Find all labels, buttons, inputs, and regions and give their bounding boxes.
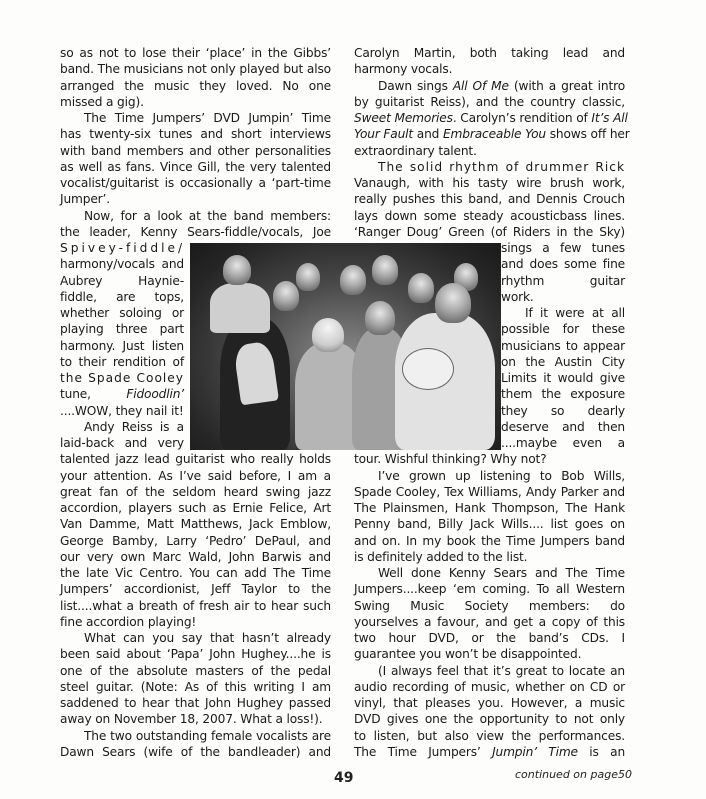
text-line: ....WOW, they nail it! [60, 403, 184, 419]
text-line: The Time Jumpers’ Jumpin’ Time is an [354, 744, 625, 760]
text-line: vinyl, that pleases you. However, a musi… [354, 695, 625, 711]
text-line: Penny band, Billy Jack Wills.... list go… [354, 516, 625, 532]
text-line: tune, Fidoodlin’ [60, 386, 184, 402]
text-line: really pushes this band, and Dennis Crou… [354, 191, 625, 207]
text-line: audio recording of music, whether on CD … [354, 679, 625, 695]
photo-figure [340, 265, 366, 295]
text-line: the leader, Kenny Sears-fiddle/vocals, J… [60, 224, 331, 240]
photo-figure [312, 318, 344, 352]
paragraph-start: The Time Jumpers’ DVD Jumpin’ Time [60, 110, 331, 126]
text-line: whether soloing or [60, 305, 184, 321]
photo-figure [435, 283, 471, 323]
dvd-title: Jumpin’ Time [492, 745, 578, 759]
song-title: Embraceable You [443, 127, 546, 141]
photo-figure [408, 273, 434, 303]
text-line: with band members and other personalitie… [60, 143, 331, 159]
text-line: deserve and then [501, 419, 625, 435]
text-line: vocalist/guitarist is occasionally a ‘pa… [60, 175, 331, 191]
paragraph-start: Well done Kenny Sears and The Time [354, 565, 625, 581]
text-line: harmony. Just listen [60, 338, 184, 354]
magazine-page: so as not to lose their ‘place’ in the G… [0, 0, 706, 799]
photo-figure [296, 263, 320, 291]
text-line: been said about ‘Papa’ John Hughey....he… [60, 646, 331, 662]
text-line: steel guitar. (Note: As of this writing … [60, 679, 331, 695]
text-line: rhythm guitar [501, 273, 625, 289]
continued-note: continued on page50 [515, 768, 632, 781]
text-line: and on. In my book the Time Jumpers band [354, 533, 625, 549]
page-number: 49 [334, 770, 353, 786]
text-line: one of the absolute masters of the pedal [60, 663, 331, 679]
text-line: to listen, but also view the performance… [354, 728, 625, 744]
text-line: talented jazz lead guitarist who really … [60, 451, 331, 467]
text-line: DVD gives one the opportunity to not onl… [354, 711, 625, 727]
text-line: by guitarist Reiss), and the country cla… [354, 94, 625, 110]
song-title: It’s All [591, 111, 627, 125]
band-photo [190, 243, 501, 450]
text-line: the Spade Cooley [60, 370, 184, 386]
paragraph-start: The two outstanding female vocalists are [60, 728, 331, 744]
text-line: The Plainsmen, Hank Thompson, The Hank [354, 500, 625, 516]
text-fragment: . Carolyn’s rendition of [453, 111, 592, 125]
paragraph-start: Andy Reiss is a [60, 419, 184, 435]
song-title: Fidoodlin’ [126, 386, 184, 402]
paragraph-start: What can you say that hasn’t already [60, 630, 331, 646]
text-line: Limits it would give [501, 370, 625, 386]
text-line: guarantee you won’t be disappointed. [354, 646, 625, 662]
text-line: saddened to hear that John Hughey passed [60, 695, 331, 711]
text-line: is definitely added to the list. [354, 549, 625, 565]
text-fragment: tune, [60, 386, 91, 402]
text-line: list....what a breath of fresh air to he… [60, 598, 331, 614]
paragraph-start: Now, for a look at the band members: [60, 208, 331, 224]
text-line: harmony vocals. [354, 61, 625, 77]
paragraph-start: If it were at all [501, 305, 625, 321]
text-line: away on November 18, 2007. What a loss!)… [60, 711, 331, 727]
text-line: them the exposure [501, 386, 625, 402]
text-fragment: is an [578, 745, 625, 759]
photo-figure [365, 301, 395, 335]
text-line: Jumper’. [60, 191, 331, 207]
photo-figure [273, 281, 299, 311]
photo-figure [223, 255, 251, 285]
text-line: ....maybe even a [501, 435, 625, 451]
text-line: ‘Ranger Doug’ Green (of Riders in the Sk… [354, 224, 625, 240]
text-line: Your Fault and Embraceable You shows off… [354, 126, 625, 142]
text-line: Jumpers’ accordionist, Jeff Taylor to th… [60, 581, 331, 597]
text-fragment: shows off her [546, 127, 630, 141]
text-fragment: The Time Jumpers’ [354, 745, 492, 759]
text-line: our very own Marc Wald, John Barwis and [60, 549, 331, 565]
text-line: band. The musicians not only played but … [60, 61, 331, 77]
text-line: work. [501, 289, 625, 305]
text-line: playing three part [60, 321, 184, 337]
song-title: All Of Me [453, 79, 509, 93]
text-line: laid-back and very [60, 435, 184, 451]
paragraph-start: I’ve grown up listening to Bob Wills, [354, 468, 625, 484]
text-line: Dawn Sears (wife of the bandleader) and [60, 744, 331, 760]
text-line: great fan of the seldom heard swing jazz [60, 484, 331, 500]
text-line: Spivey-fiddle/ [60, 240, 184, 256]
paragraph-start: (I always feel that it’s great to locate… [354, 663, 625, 679]
text-line: and does some fine [501, 256, 625, 272]
text-line: Aubrey Haynie- [60, 273, 184, 289]
photo-figure [210, 283, 270, 333]
song-title: Sweet Memories [354, 111, 453, 125]
text-fragment: (with a great intro [509, 79, 625, 93]
text-line: possible for these [501, 321, 625, 337]
text-line: tour. Wishful thinking? Why not? [354, 451, 625, 467]
text-line: as well as fans. Vince Gill, the very ta… [60, 159, 331, 175]
text-line: accordion, players such as Ernie Felice,… [60, 500, 331, 516]
text-line: extraordinary talent. [354, 143, 625, 159]
guitar-shape [402, 348, 454, 390]
text-line: George Bamby, Larry ‘Pedro’ DePaul, and [60, 533, 331, 549]
text-line: sings a few tunes [501, 240, 625, 256]
text-line: Vanaugh, with his tasty wire brush work, [354, 175, 625, 191]
text-line: Carolyn Martin, both taking lead and [354, 45, 625, 61]
text-line: arranged the music they loved. No one [60, 78, 331, 94]
text-line: musicians to appear [501, 338, 625, 354]
text-line: missed a gig). [60, 94, 331, 110]
text-line: so as not to lose their ‘place’ in the G… [60, 45, 331, 61]
text-line: your attention. As I’ve said before, I a… [60, 468, 331, 484]
text-line: two hour DVD, or the band’s CDs. I [354, 630, 625, 646]
text-line: Jumpers....keep ‘em coming. To all Weste… [354, 581, 625, 597]
text-line: Swing Music Society members: do [354, 598, 625, 614]
paragraph-start: The solid rhythm of drummer Rick [354, 159, 625, 175]
text-line: fiddle, are tops, [60, 289, 184, 305]
text-fragment: and [413, 127, 443, 141]
text-line: to their rendition of [60, 354, 184, 370]
text-fragment: Dawn sings [378, 79, 453, 93]
text-line: they so dearly [501, 403, 625, 419]
text-line: lays down some steady acousticbass lines… [354, 208, 625, 224]
song-title: Your Fault [354, 127, 413, 141]
photo-figure [372, 255, 398, 285]
text-line: Van Damme, Matt Matthews, Jack Emblow, [60, 516, 331, 532]
text-line: on the Austin City [501, 354, 625, 370]
text-line: fine accordion playing! [60, 614, 331, 630]
text-line: the late Vic Centro. You can add The Tim… [60, 565, 331, 581]
text-line: harmony/vocals and [60, 256, 184, 272]
text-line: Sweet Memories. Carolyn’s rendition of I… [354, 110, 625, 126]
text-line: yourselves a favour, and get a copy of t… [354, 614, 625, 630]
text-line: has twenty-six tunes and short interview… [60, 126, 331, 142]
paragraph-start: Dawn sings All Of Me (with a great intro [354, 78, 625, 94]
text-line: Spade Cooley, Tex Williams, Andy Parker … [354, 484, 625, 500]
